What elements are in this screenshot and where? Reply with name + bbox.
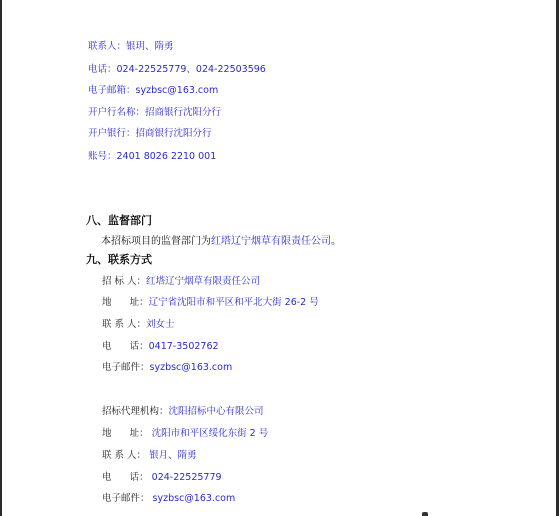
agency-address-value: 沈阳市和平区绥化东街 2 号 bbox=[149, 428, 269, 439]
agency-phone-value: 024-22525779 bbox=[149, 472, 222, 483]
bank-phone-label: 电话： bbox=[88, 64, 117, 75]
tenderer-phone-line: 电 话：0417-3502762 bbox=[102, 341, 219, 353]
bank-contact-line: 联系人：银玥、隋勇 bbox=[88, 41, 174, 53]
agency-name-line: 招标代理机构：沈阳招标中心有限公司 bbox=[102, 406, 264, 418]
bank-contact-label: 联系人： bbox=[88, 41, 126, 52]
bank-account-no-line: 账号：2401 8026 2210 001 bbox=[88, 151, 216, 163]
seal-stamp-fragment bbox=[422, 512, 428, 516]
bank-account-name-value: 招商银行沈阳分行 bbox=[145, 107, 221, 118]
tenderer-email-line: 电子邮件：syzbsc@163.com bbox=[102, 362, 232, 374]
tenderer-contact-value: 刘女士 bbox=[146, 319, 175, 330]
section8-text-suffix: 。 bbox=[331, 236, 341, 247]
bank-name-label: 开户银行： bbox=[88, 128, 136, 139]
agency-address-label: 地 址： bbox=[102, 428, 149, 439]
tenderer-contact-line: 联 系 人：刘女士 bbox=[102, 319, 175, 331]
tenderer-name-value: 红塔辽宁烟草有限责任公司 bbox=[146, 276, 260, 287]
tenderer-address-value: 辽宁省沈阳市和平区和平北大街 26-2 号 bbox=[149, 297, 319, 308]
section8-paragraph: 本招标项目的监督部门为红塔辽宁烟草有限责任公司。 bbox=[101, 235, 341, 248]
tenderer-phone-value: 0417-3502762 bbox=[149, 341, 219, 352]
tenderer-address-label: 地 址： bbox=[102, 297, 149, 308]
bank-name-value: 招商银行沈阳分行 bbox=[136, 128, 212, 139]
bank-contact-value: 银玥、隋勇 bbox=[126, 41, 174, 52]
bank-name-line: 开户银行：招商银行沈阳分行 bbox=[88, 128, 212, 140]
agency-phone-label: 电 话： bbox=[102, 472, 149, 483]
bank-email-value: syzbsc@163.com bbox=[136, 85, 219, 96]
tenderer-contact-label: 联 系 人： bbox=[102, 319, 146, 330]
tenderer-email-label: 电子邮件： bbox=[102, 362, 150, 373]
bank-account-no-label: 账号： bbox=[88, 151, 117, 162]
bank-account-name-label: 开户行名称： bbox=[88, 107, 145, 118]
tenderer-name-label: 招 标 人： bbox=[102, 276, 146, 287]
bank-email-line: 电子邮箱：syzbsc@163.com bbox=[88, 85, 218, 97]
tenderer-phone-label: 电 话： bbox=[102, 341, 149, 352]
tenderer-address-line: 地 址：辽宁省沈阳市和平区和平北大街 26-2 号 bbox=[102, 297, 319, 309]
agency-contact-value: 银月、隋勇 bbox=[146, 450, 197, 461]
bank-account-no-value: 2401 8026 2210 001 bbox=[117, 151, 217, 162]
agency-email-line: 电子邮件： syzbsc@163.com bbox=[102, 493, 235, 505]
tenderer-email-value: syzbsc@163.com bbox=[150, 362, 233, 373]
bank-phone-value: 024-22525779、024-22503596 bbox=[117, 64, 266, 75]
agency-phone-line: 电 话： 024-22525779 bbox=[102, 472, 222, 484]
agency-contact-label: 联 系 人： bbox=[102, 450, 146, 461]
section8-text-highlight: 红塔辽宁烟草有限责任公司 bbox=[211, 236, 331, 247]
section8-heading: 八、监督部门 bbox=[86, 214, 152, 228]
bank-phone-line: 电话：024-22525779、024-22503596 bbox=[88, 64, 266, 76]
section9-heading: 九、联系方式 bbox=[86, 253, 152, 267]
bank-email-label: 电子邮箱： bbox=[88, 85, 136, 96]
agency-name-label: 招标代理机构： bbox=[102, 406, 169, 417]
agency-email-label: 电子邮件： bbox=[102, 493, 150, 504]
agency-name-value: 沈阳招标中心有限公司 bbox=[169, 406, 264, 417]
bank-account-name-line: 开户行名称：招商银行沈阳分行 bbox=[88, 107, 221, 119]
tenderer-name-line: 招 标 人：红塔辽宁烟草有限责任公司 bbox=[102, 276, 260, 288]
agency-address-line: 地 址： 沈阳市和平区绥化东街 2 号 bbox=[102, 428, 268, 440]
agency-email-value: syzbsc@163.com bbox=[150, 493, 236, 504]
document-page: 联系人：银玥、隋勇 电话：024-22525779、024-22503596 电… bbox=[2, 0, 556, 516]
agency-contact-line: 联 系 人： 银月、隋勇 bbox=[102, 450, 197, 462]
section8-text-prefix: 本招标项目的监督部门为 bbox=[101, 236, 211, 247]
